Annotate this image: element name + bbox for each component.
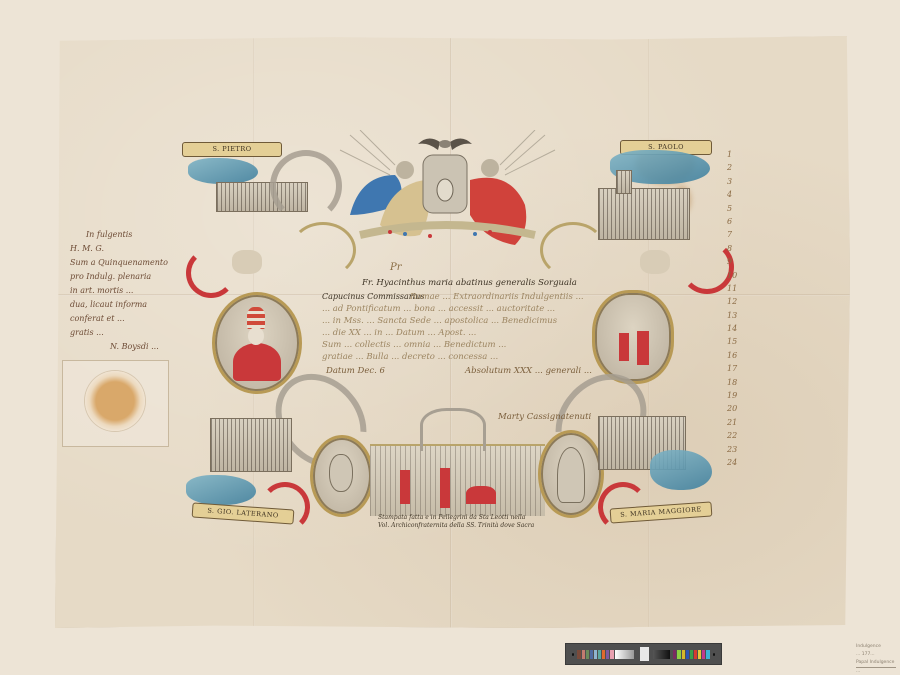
color-swatch <box>673 650 676 659</box>
number-entry: 5 <box>727 204 745 217</box>
number-entry: 1 <box>727 150 745 163</box>
papal-audience-scene <box>370 444 545 516</box>
red-figure <box>637 331 649 365</box>
red-drapery <box>186 248 236 298</box>
printed-line: Fr. Hyacinthus maria abatinus generalis … <box>362 278 577 288</box>
color-swatch <box>606 650 609 659</box>
handwritten-line: Absolutum XXX ... generali ... <box>465 366 592 376</box>
cherub-image <box>232 250 262 274</box>
gold-scroll <box>540 222 606 278</box>
number-entry: 21 <box>727 418 745 431</box>
color-swatch <box>690 650 693 659</box>
handwritten-line: gratiae ... Bulla ... decreto ... conces… <box>322 352 498 362</box>
number-entry: 3 <box>727 177 745 190</box>
gold-scroll <box>290 222 356 278</box>
handwritten-line: ... in Mss. ... Sancta Sede ... apostoli… <box>322 316 557 326</box>
color-swatch <box>682 650 685 659</box>
color-swatch <box>590 650 593 659</box>
number-entry: 22 <box>727 431 745 444</box>
handwritten-line: Sum ... collectis ... omnia ... Benedict… <box>322 340 506 350</box>
label-line: Indulgence <box>856 643 896 651</box>
label-line: Papal Indulgence <box>856 659 896 668</box>
handwritten-line: Romae ... Extraordinariis Indulgentiis .… <box>410 292 584 302</box>
number-entry: 15 <box>727 337 745 350</box>
handwritten-line: ... die XX ... in ... Datum ... Apost. .… <box>322 328 476 338</box>
pope-face <box>248 327 264 345</box>
registration-dot <box>713 653 715 656</box>
color-swatch <box>577 650 580 659</box>
red-drapery <box>680 240 734 294</box>
number-entry: 13 <box>727 311 745 324</box>
bell-tower <box>616 170 632 194</box>
number-entry: 24 <box>727 458 745 471</box>
color-swatch <box>598 650 601 659</box>
imprint-line: Vol. Archiconfraternita della SS. Trinit… <box>378 522 534 529</box>
number-entry: 16 <box>727 351 745 364</box>
signature: Marty Cassignatenuti <box>498 412 591 422</box>
papal-mozzetta <box>233 343 281 381</box>
st-pauls-basilica-image <box>598 188 690 240</box>
holy-face <box>329 454 353 492</box>
color-calibration-bar <box>565 643 722 665</box>
holy-face-medallion <box>310 435 374 517</box>
document-heading: Pr <box>390 262 402 273</box>
number-entry: 23 <box>727 445 745 458</box>
red-figure <box>400 470 410 504</box>
color-swatch <box>602 650 605 659</box>
color-swatch <box>694 650 697 659</box>
handwritten-line: ... ad Pontificatum ... bona ... accessi… <box>322 304 555 314</box>
color-swatch <box>586 650 589 659</box>
catalog-label: Indulgence ... 177... Papal Indulgence .… <box>856 643 896 675</box>
column-numbers: 1 2 3 4 5 6 7 8 9 10 11 12 13 14 15 16 1… <box>727 150 745 471</box>
number-entry: 7 <box>727 230 745 243</box>
number-entry: 17 <box>727 364 745 377</box>
red-figure <box>619 333 629 361</box>
number-entry: 10 <box>727 271 745 284</box>
madonna-figure <box>557 447 585 503</box>
color-swatch <box>702 650 705 659</box>
label-line: ... 177... <box>856 651 896 659</box>
color-swatch <box>594 650 597 659</box>
blue-drapery <box>188 158 258 184</box>
number-entry: 8 <box>727 244 745 257</box>
number-entry: 9 <box>727 257 745 270</box>
red-figure <box>440 468 450 508</box>
number-entry: 2 <box>727 163 745 176</box>
color-swatch <box>706 650 709 659</box>
number-entry: 18 <box>727 378 745 391</box>
pope-portrait-medallion <box>212 292 302 394</box>
color-swatch <box>610 650 613 659</box>
handwritten-date: Datum Dec. 6 <box>326 366 385 376</box>
number-entry: 19 <box>727 391 745 404</box>
banner-top-left: S. PIETRO <box>182 142 282 157</box>
number-entry: 6 <box>727 217 745 230</box>
color-swatch <box>698 650 701 659</box>
number-entry: 14 <box>727 324 745 337</box>
number-entry: 4 <box>727 190 745 203</box>
number-entry: 11 <box>727 284 745 297</box>
gray-ramp <box>615 650 634 659</box>
cherub-image <box>640 250 670 274</box>
baldachin <box>420 408 486 451</box>
saints-peter-paul-image <box>330 130 565 250</box>
white-reference <box>640 647 649 661</box>
red-figure <box>466 486 496 504</box>
blue-drapery <box>650 450 712 490</box>
papal-tiara <box>247 307 265 329</box>
dark-ramp <box>653 650 670 659</box>
church-interior-medallion <box>592 290 674 384</box>
number-entry: 12 <box>727 297 745 310</box>
st-john-lateran-image <box>210 418 292 472</box>
color-swatch <box>677 650 680 659</box>
registration-dot <box>572 653 574 656</box>
madonna-medallion <box>538 430 604 518</box>
number-entry: 20 <box>727 404 745 417</box>
imprint-line: Stampata fatta e in Pellegrini da Sta Le… <box>378 514 525 521</box>
blue-drapery <box>186 475 256 505</box>
engraving-frame: S. PIETRO S. PAOLO <box>120 100 675 530</box>
color-swatch <box>582 650 585 659</box>
color-swatch <box>686 650 689 659</box>
label-line: ... <box>856 668 896 675</box>
